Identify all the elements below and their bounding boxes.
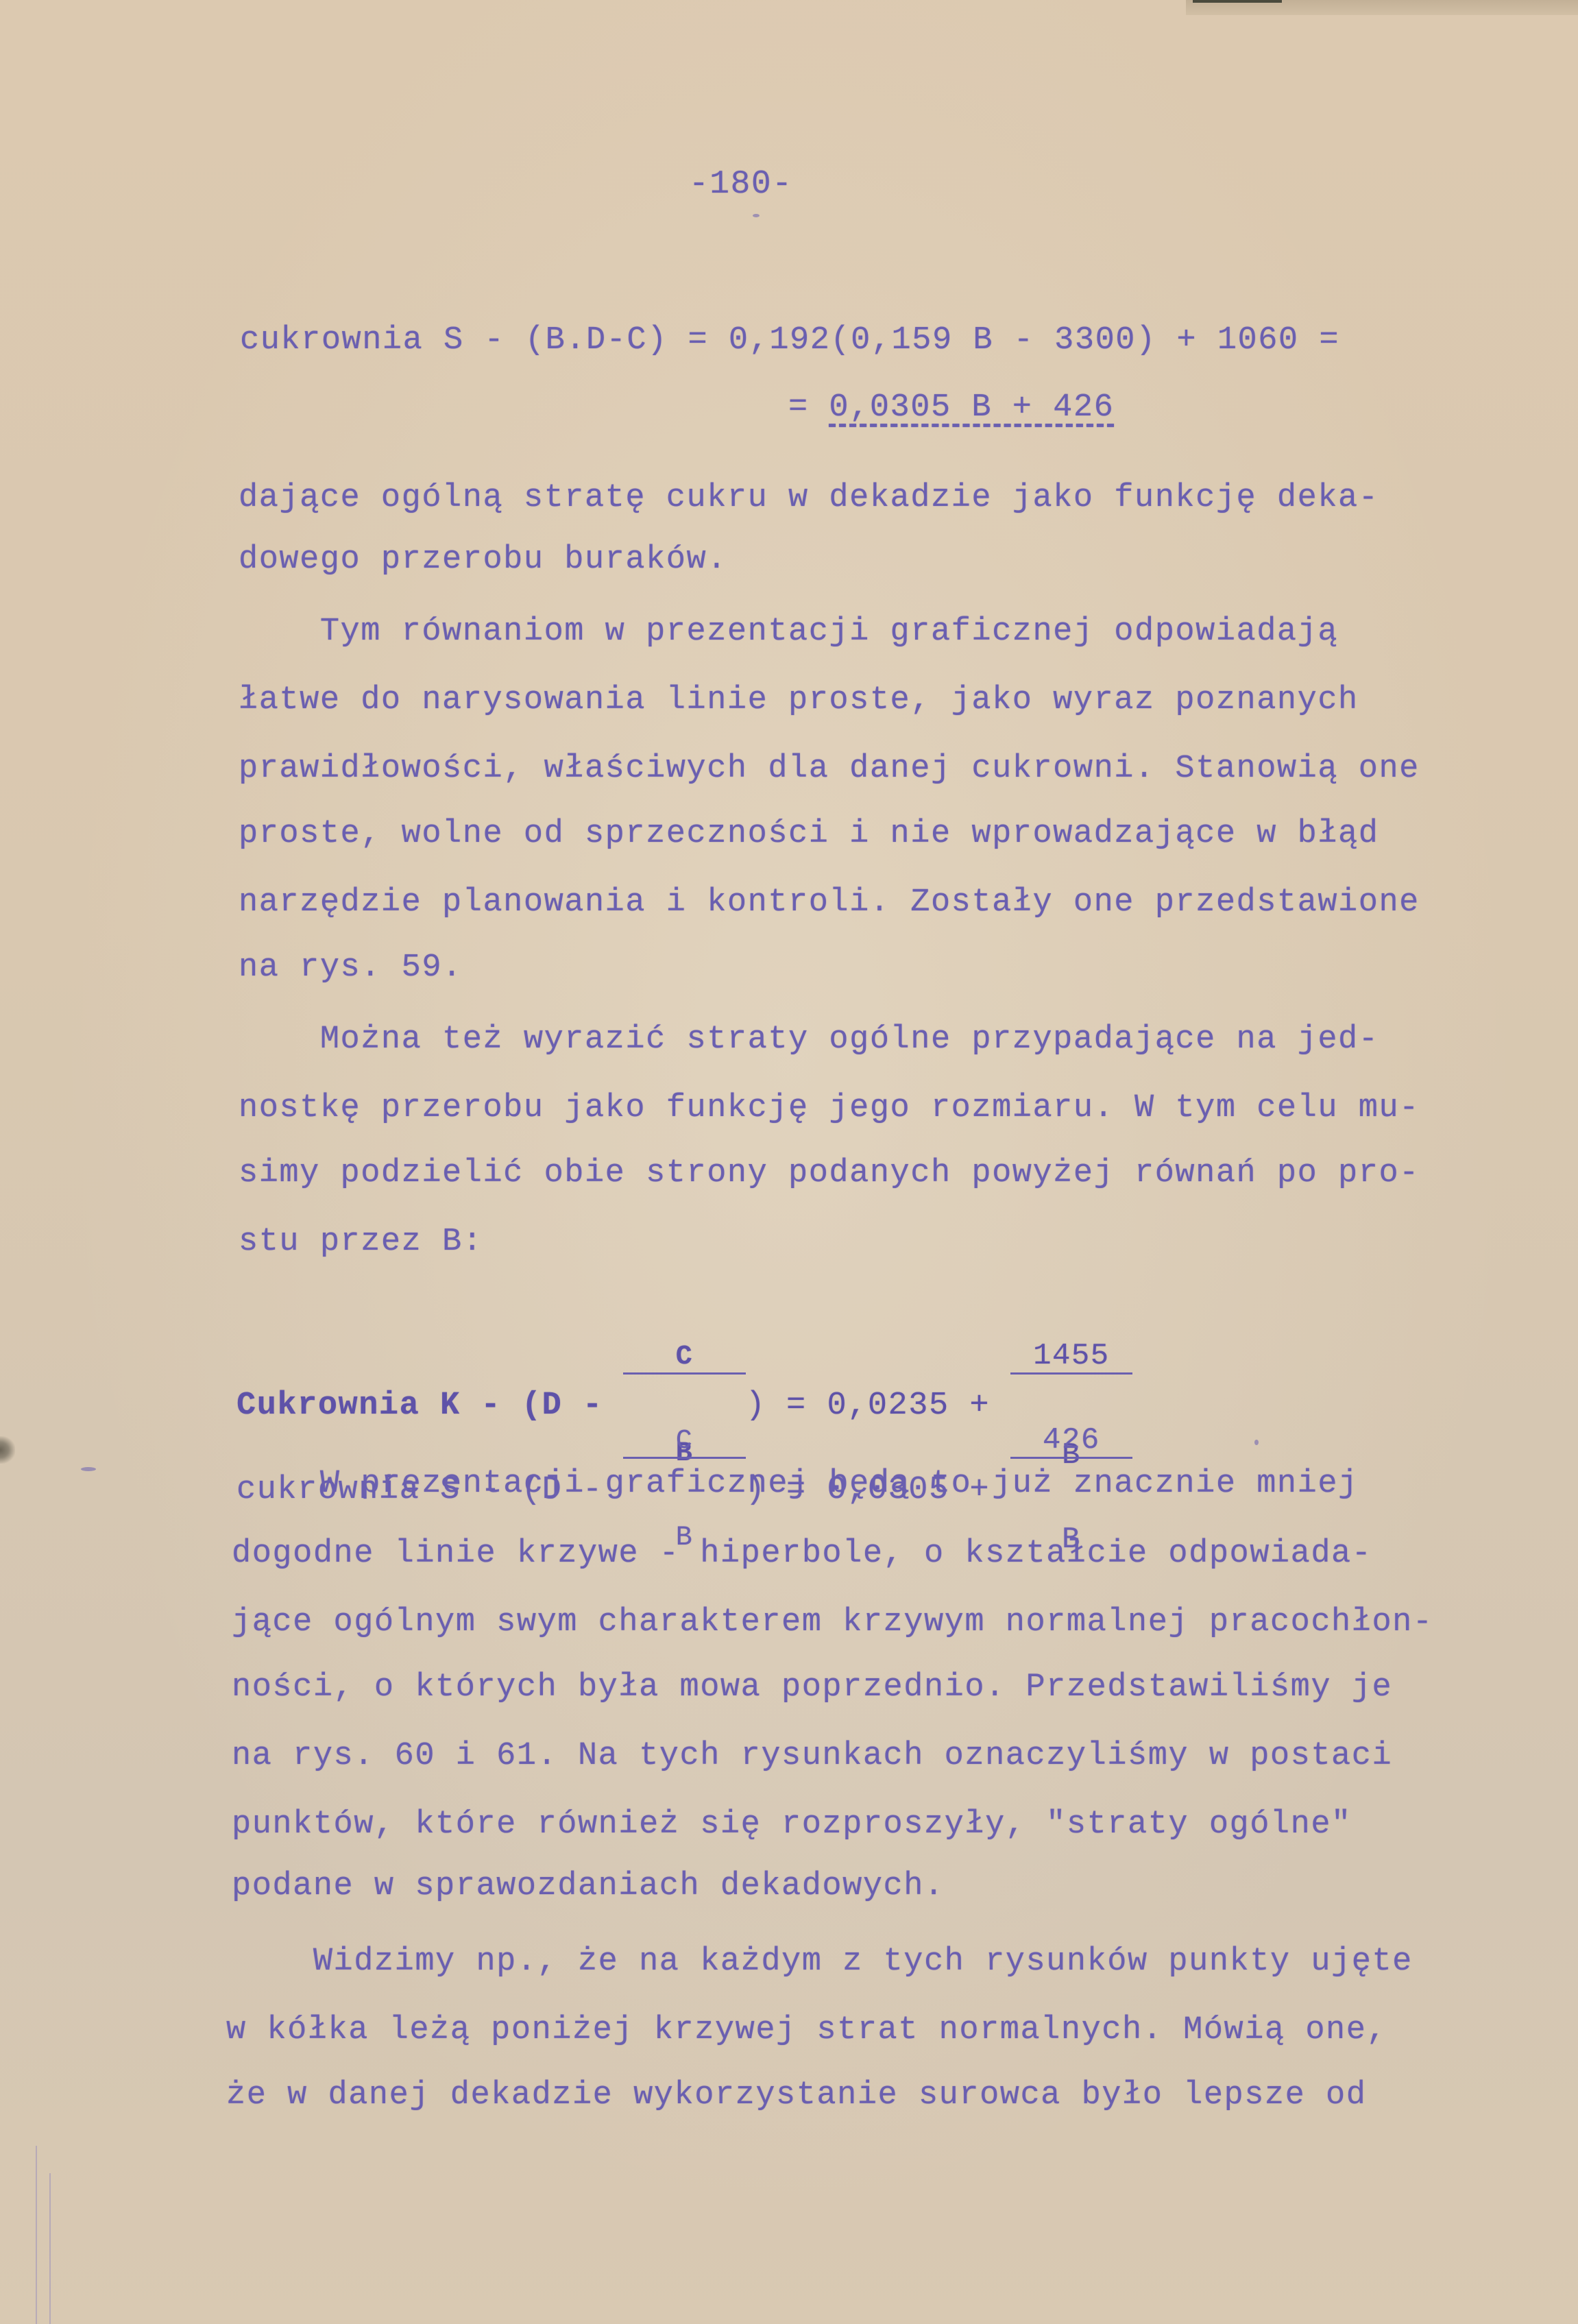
document-page: -180- cukrownia S - (B.D-C) = 0,192(0,15… — [0, 0, 1578, 2324]
paragraph3-line4: stu przez B: — [239, 1224, 483, 1260]
paragraph2-line1: Tym równaniom w prezentacji graficznej o… — [239, 614, 1338, 650]
paragraph4-line1: W prezentacji graficznej będą to już zna… — [239, 1466, 1359, 1502]
paragraph4-line5: na rys. 60 i 61. Na tych rysunkach oznac… — [232, 1738, 1392, 1774]
margin-line — [36, 2146, 37, 2324]
paragraph2-line4: proste, wolne od sprzeczności i nie wpro… — [239, 816, 1379, 852]
punch-hole-mark — [0, 1436, 15, 1464]
fraction-numerator: 426 — [1010, 1425, 1132, 1459]
fraction-numerator: C — [623, 1428, 745, 1459]
paragraph3-line1: Można też wyrazić straty ogólne przypada… — [239, 1021, 1379, 1058]
paragraph5-line3: że w danej dekadzie wykorzystanie surowc… — [226, 2077, 1366, 2114]
paragraph1-line2: dowego przerobu buraków. — [239, 542, 727, 578]
margin-line — [49, 2173, 51, 2324]
paragraph4-line6: punktów, które również się rozproszyły, … — [232, 1806, 1352, 1843]
equation-s-result: 0,0305 B + 426 — [829, 389, 1114, 426]
page-number: -180- — [689, 166, 793, 203]
paragraph5-line1: Widzimy np., że na każdym z tych rysunkó… — [232, 1944, 1413, 1980]
paragraph1-line1: dające ogólną stratę cukru w dekadzie ja… — [239, 480, 1379, 516]
paragraph5-line2: w kółka leżą poniżej krzywej strat norma… — [226, 2012, 1387, 2048]
paragraph4-line4: ności, o których była mowa poprzednio. P… — [232, 1669, 1392, 1706]
paragraph2-line5: narzędzie planowania i kontroli. Zostały… — [239, 884, 1420, 921]
paragraph2-line6: na rys. 59. — [239, 949, 463, 986]
paragraph2-line3: prawidłowości, właściwych dla danej cukr… — [239, 751, 1420, 787]
ink-speck — [1254, 1440, 1259, 1445]
equation-s-line2-prefix: = — [788, 389, 829, 426]
equation-s-line2: = 0,0305 B + 426 — [788, 389, 1114, 426]
paragraph4-line7: podane w sprawozdaniach dekadowych. — [232, 1868, 945, 1904]
paragraph4-line3: jące ogólnym swym charakterem krzywym no… — [232, 1604, 1433, 1641]
paragraph3-line2: nostkę przerobu jako funkcję jego rozmia… — [239, 1090, 1420, 1126]
paragraph4-line2: dogodne linie krzywe - hiperbole, o kszt… — [232, 1536, 1372, 1572]
ink-speck — [753, 214, 760, 217]
equation-s-line1: cukrownia S - (B.D-C) = 0,192(0,159 B - … — [240, 322, 1339, 359]
scan-edge-dark — [1193, 0, 1282, 3]
paragraph2-line2: łatwe do narysowania linie proste, jako … — [239, 682, 1359, 718]
paragraph3-line3: simy podzielić obie strony podanych powy… — [239, 1155, 1420, 1191]
ink-speck — [81, 1467, 96, 1471]
